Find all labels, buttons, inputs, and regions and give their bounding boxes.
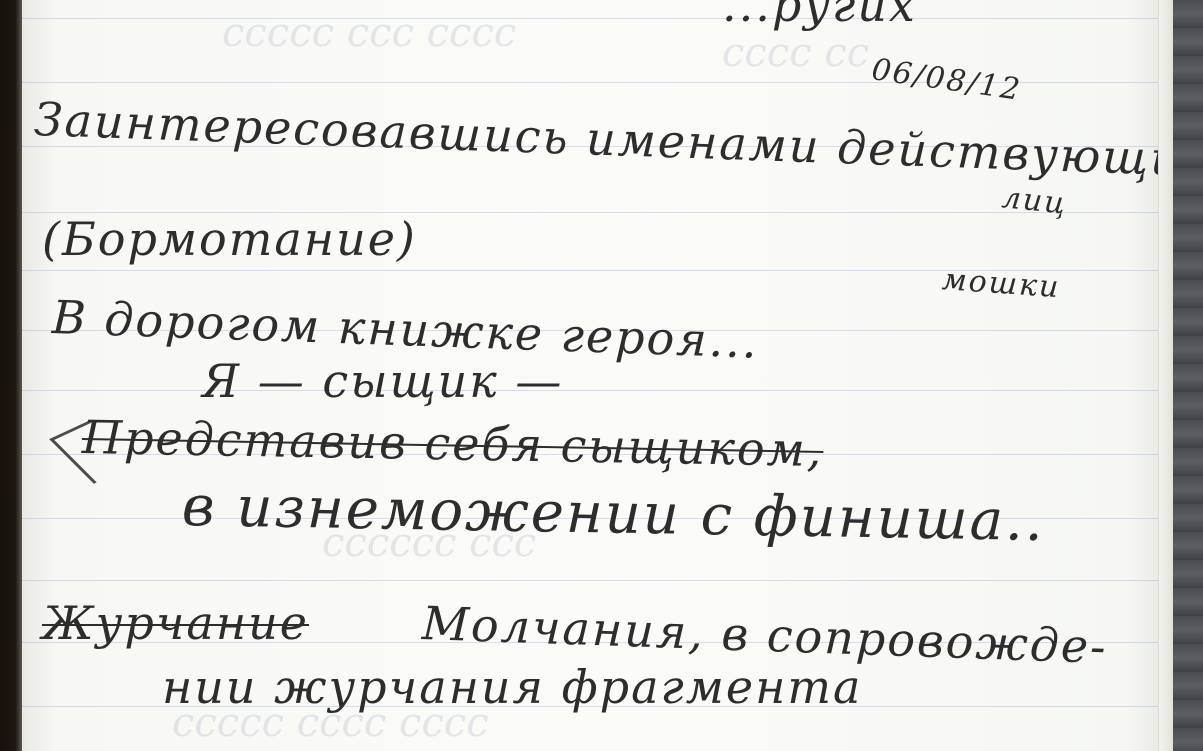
line-6-text: в изнеможении с финиша.. (181, 474, 1045, 554)
line-7-struck-text: Журчание (42, 596, 309, 650)
ruled-line (22, 18, 1173, 19)
top-fragment-text: ...ругих (722, 0, 917, 32)
scanned-notebook-page: ccccc ccc cccc cccc cc cccccc ccc ccccc … (0, 0, 1203, 751)
bleed-through-text: ccccc ccc cccc (222, 10, 516, 56)
line-1-text: Заинтересовавшись именами действующих (33, 92, 1203, 187)
scanner-left-shadow (0, 0, 22, 751)
line-5-struck-text: Представив себя сыщиком, (82, 410, 824, 477)
line-1-tail-text: лиц (1000, 180, 1069, 222)
date-text: 06/08/12 (870, 52, 1024, 108)
bleed-through-text: cccc cc (722, 30, 869, 76)
ruled-line (22, 390, 1173, 391)
ruled-line (22, 580, 1173, 581)
line-4-text: Я — сыщик — (202, 354, 563, 408)
line-3-insert-text: мошки (941, 262, 1062, 305)
scanner-right-edge (1173, 0, 1203, 751)
line-8-text: нии журчания фрагмента (162, 660, 862, 714)
line-2-text: (Бормотание) (42, 212, 417, 266)
notebook-paper: ccccc ccc cccc cccc cc cccccc ccc ccccc … (22, 0, 1173, 751)
